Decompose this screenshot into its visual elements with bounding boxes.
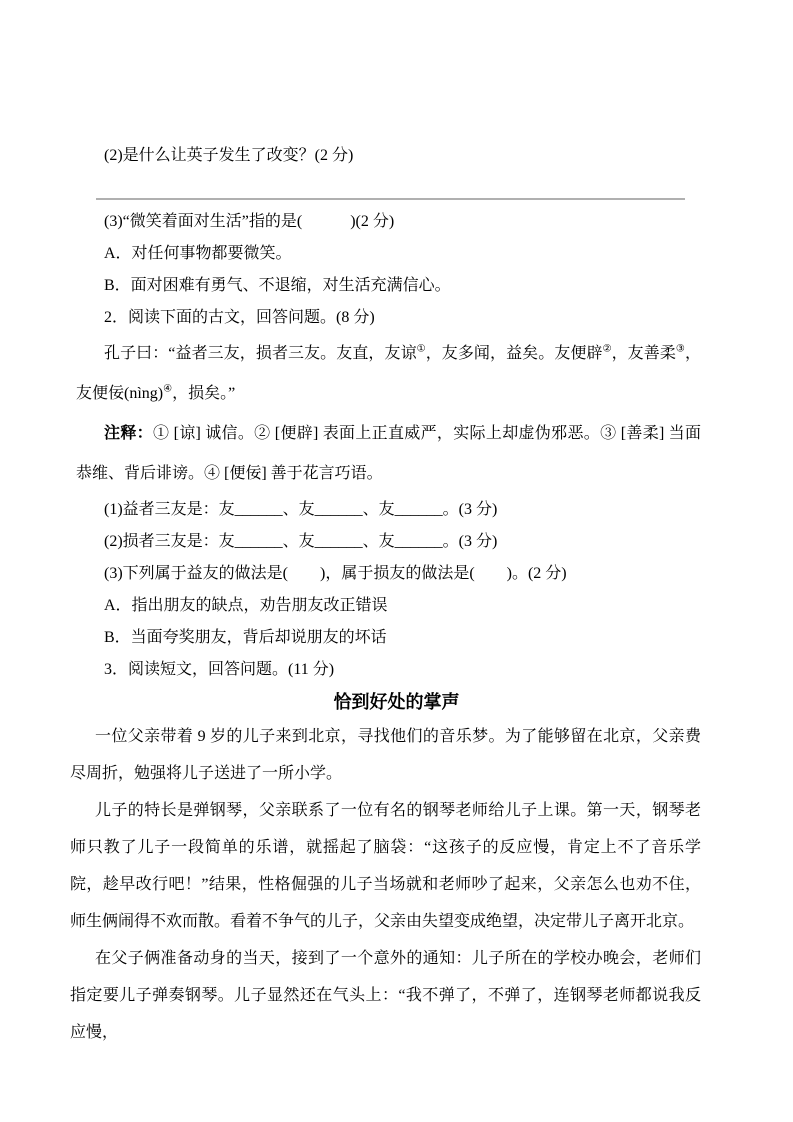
annotations-paragraph: 注释：① [谅] 诚信。② [便辟] 表面上正直威严，实际上却虚伪邪恶。③ [善… <box>76 414 701 494</box>
classical-text-run: ，损矣。” <box>172 385 235 402</box>
reading1-question-2: (2)是什么让英子发生了改变？(2 分) <box>96 140 697 172</box>
section2-question-3: (3)下列属于益友的做法是( )，属于损友的做法是( )。(2 分) <box>96 558 697 590</box>
essay-title: 恰到好处的掌声 <box>96 686 697 718</box>
footnote-ref-3: ③ <box>676 344 685 355</box>
exam-content: (2)是什么让英子发生了改变？(2 分) (3)“微笑着面对生活”指的是( )(… <box>0 0 793 1051</box>
footnote-ref-2: ② <box>603 344 612 355</box>
classical-text-run: 孔子曰：“益者三友，损者三友。友直，友谅 <box>104 345 417 362</box>
annotations-text: ① [谅] 诚信。② [便辟] 表面上正直威严，实际上却虚伪邪恶。③ [善柔] … <box>76 425 701 482</box>
reading1-q3-option-a: A．对任何事物都要微笑。 <box>96 238 697 270</box>
section2-q3-option-b: B．当面夸奖朋友，背后却说朋友的坏话 <box>96 622 697 654</box>
essay-paragraph-1: 一位父亲带着 9 岁的儿子来到北京，寻找他们的音乐梦。为了能够留在北京，父亲费尽… <box>70 718 701 792</box>
section2-q3-option-a: A．指出朋友的缺点，劝告朋友改正错误 <box>96 590 697 622</box>
reading1-question-3: (3)“微笑着面对生活”指的是( )(2 分) <box>96 206 697 238</box>
section3-heading: 3．阅读短文，回答问题。(11 分) <box>96 654 697 686</box>
section2-question-2: (2)损者三友是：友______、友______、友______。(3 分) <box>96 526 697 558</box>
classical-text-run: ，友多闻，益矣。友便辟 <box>426 345 603 362</box>
essay-paragraph-3: 在父子俩准备动身的当天，接到了一个意外的通知：儿子所在的学校办晚会，老师们指定要… <box>70 940 701 1051</box>
answer-line-divider <box>96 198 685 200</box>
classical-passage: 孔子曰：“益者三友，损者三友。友直，友谅①，友多闻，益矣。友便辟②，友善柔③，友… <box>76 334 701 414</box>
essay-paragraph-2: 儿子的特长是弹钢琴，父亲联系了一位有名的钢琴老师给儿子上课。第一天，钢琴老师只教… <box>70 792 701 940</box>
footnote-ref-1: ① <box>417 344 426 355</box>
classical-text-run: ，友善柔 <box>612 345 676 362</box>
reading1-q3-option-b: B．面对困难有勇气、不退缩，对生活充满信心。 <box>96 270 697 302</box>
exam-page: (2)是什么让英子发生了改变？(2 分) (3)“微笑着面对生活”指的是( )(… <box>0 0 793 1122</box>
section2-question-1: (1)益者三友是：友______、友______、友______。(3 分) <box>96 494 697 526</box>
section2-heading: 2．阅读下面的古文，回答问题。(8 分) <box>96 302 697 334</box>
annotations-label: 注释： <box>104 425 153 442</box>
footnote-ref-4: ④ <box>163 384 172 395</box>
